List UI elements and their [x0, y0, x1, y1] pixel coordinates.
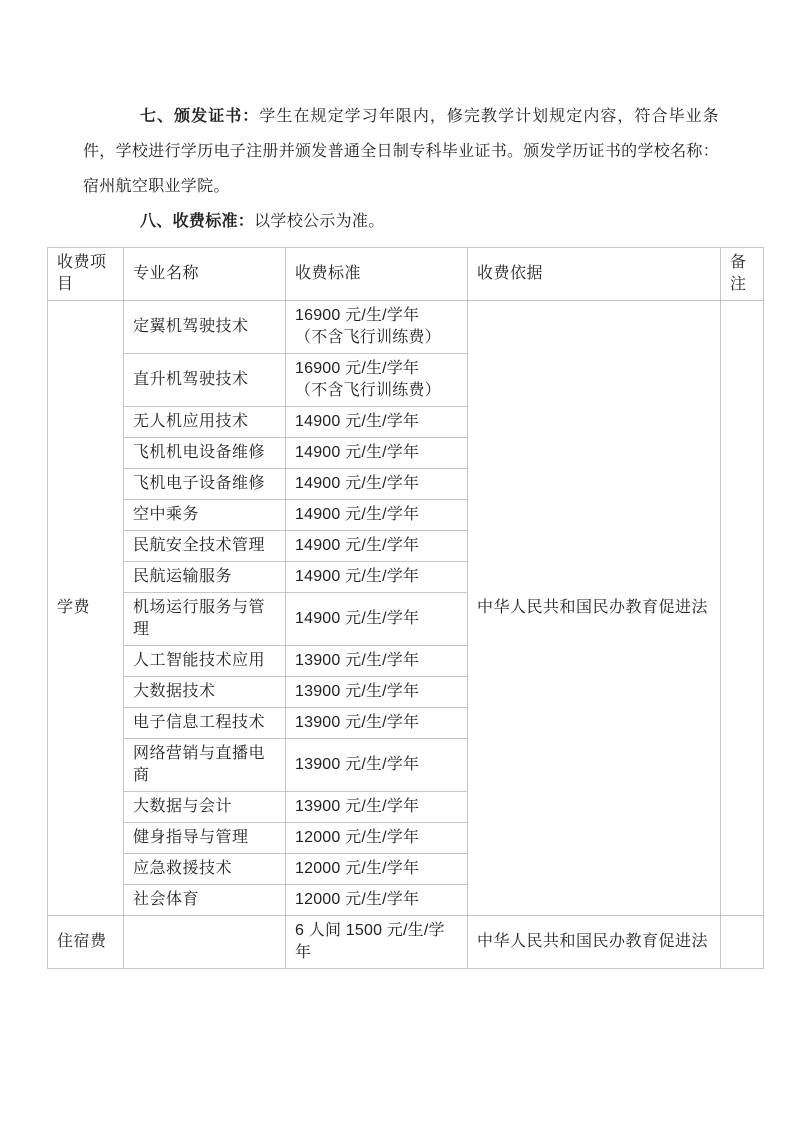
fee-standard-cell: 13900 元/生/学年 — [286, 739, 468, 792]
fee-standard-cell: 14900 元/生/学年 — [286, 593, 468, 646]
col-header-remark: 备注 — [721, 248, 764, 301]
fee-amount: 16900 元/生/学年 — [295, 358, 458, 380]
fee-standard-cell: 14900 元/生/学年 — [286, 500, 468, 531]
fee-amount: 14900 元/生/学年 — [295, 442, 458, 464]
fee-item-tuition: 学费 — [48, 301, 124, 916]
fee-standard-cell: 16900 元/生/学年 （不含飞行训练费） — [286, 354, 468, 407]
section-8-body: 以学校公示为准。 — [254, 213, 384, 230]
fee-amount: 13900 元/生/学年 — [295, 754, 458, 776]
fee-standard-cell: 14900 元/生/学年 — [286, 438, 468, 469]
document-page: 七、颁发证书：学生在规定学习年限内，修完教学计划规定内容，符合毕业条件，学校进行… — [0, 0, 793, 1122]
fee-amount: 14900 元/生/学年 — [295, 566, 458, 588]
major-name-empty — [124, 916, 286, 969]
fee-standard-cell: 14900 元/生/学年 — [286, 469, 468, 500]
major-name: 健身指导与管理 — [124, 823, 286, 854]
fee-amount: 12000 元/生/学年 — [295, 889, 458, 911]
fee-amount: 14900 元/生/学年 — [295, 504, 458, 526]
major-name: 人工智能技术应用 — [124, 646, 286, 677]
section-7-paragraph: 七、颁发证书：学生在规定学习年限内，修完教学计划规定内容，符合毕业条件，学校进行… — [83, 99, 719, 204]
fee-amount: 13900 元/生/学年 — [295, 796, 458, 818]
major-name: 空中乘务 — [124, 500, 286, 531]
fee-amount: 6 人间 1500 元/生/学年 — [295, 920, 458, 964]
intro-text-block: 七、颁发证书：学生在规定学习年限内，修完教学计划规定内容，符合毕业条件，学校进行… — [83, 99, 719, 239]
col-header-item: 收费项目 — [48, 248, 124, 301]
remark-tuition — [721, 301, 764, 916]
section-8-paragraph: 八、收费标准：以学校公示为准。 — [83, 204, 719, 239]
fee-amount: 13900 元/生/学年 — [295, 650, 458, 672]
major-name: 应急救援技术 — [124, 854, 286, 885]
major-name: 飞机机电设备维修 — [124, 438, 286, 469]
fee-standard-cell: 6 人间 1500 元/生/学年 — [286, 916, 468, 969]
fee-standard-cell: 13900 元/生/学年 — [286, 646, 468, 677]
major-name: 大数据技术 — [124, 677, 286, 708]
fee-standard-cell: 13900 元/生/学年 — [286, 792, 468, 823]
fee-amount: 12000 元/生/学年 — [295, 827, 458, 849]
major-name: 直升机驾驶技术 — [124, 354, 286, 407]
fee-amount: 14900 元/生/学年 — [295, 608, 458, 630]
fee-item-accommodation: 住宿费 — [48, 916, 124, 969]
remark-accommodation — [721, 916, 764, 969]
table-row: 学费 定翼机驾驶技术 16900 元/生/学年 （不含飞行训练费） 中华人民共和… — [48, 301, 764, 354]
fee-table: 收费项目 专业名称 收费标准 收费依据 备注 学费 定翼机驾驶技术 16900 … — [47, 247, 764, 969]
fee-amount: 16900 元/生/学年 — [295, 305, 458, 327]
fee-amount: 13900 元/生/学年 — [295, 712, 458, 734]
fee-note: （不含飞行训练费） — [295, 380, 458, 402]
fee-standard-cell: 13900 元/生/学年 — [286, 677, 468, 708]
table-header-row: 收费项目 专业名称 收费标准 收费依据 备注 — [48, 248, 764, 301]
fee-standard-cell: 14900 元/生/学年 — [286, 407, 468, 438]
fee-amount: 12000 元/生/学年 — [295, 858, 458, 880]
fee-amount: 13900 元/生/学年 — [295, 681, 458, 703]
major-name: 定翼机驾驶技术 — [124, 301, 286, 354]
fee-standard-cell: 14900 元/生/学年 — [286, 531, 468, 562]
fee-amount: 14900 元/生/学年 — [295, 535, 458, 557]
major-name: 机场运行服务与管理 — [124, 593, 286, 646]
fee-amount: 14900 元/生/学年 — [295, 411, 458, 433]
major-name: 民航安全技术管理 — [124, 531, 286, 562]
fee-standard-cell: 12000 元/生/学年 — [286, 823, 468, 854]
major-name: 网络营销与直播电商 — [124, 739, 286, 792]
major-name: 社会体育 — [124, 885, 286, 916]
col-header-major: 专业名称 — [124, 248, 286, 301]
major-name: 民航运输服务 — [124, 562, 286, 593]
section-7-heading: 七、颁发证书： — [140, 108, 259, 125]
major-name: 飞机电子设备维修 — [124, 469, 286, 500]
fee-standard-cell: 12000 元/生/学年 — [286, 854, 468, 885]
section-8-heading: 八、收费标准： — [140, 213, 254, 230]
fee-standard-cell: 16900 元/生/学年 （不含飞行训练费） — [286, 301, 468, 354]
major-name: 无人机应用技术 — [124, 407, 286, 438]
fee-basis-tuition: 中华人民共和国民办教育促进法 — [468, 301, 721, 916]
fee-basis-accommodation: 中华人民共和国民办教育促进法 — [468, 916, 721, 969]
major-name: 电子信息工程技术 — [124, 708, 286, 739]
col-header-basis: 收费依据 — [468, 248, 721, 301]
col-header-standard: 收费标准 — [286, 248, 468, 301]
fee-standard-cell: 12000 元/生/学年 — [286, 885, 468, 916]
fee-standard-cell: 13900 元/生/学年 — [286, 708, 468, 739]
fee-note: （不含飞行训练费） — [295, 327, 458, 349]
fee-amount: 14900 元/生/学年 — [295, 473, 458, 495]
fee-standard-cell: 14900 元/生/学年 — [286, 562, 468, 593]
table-row-accommodation: 住宿费 6 人间 1500 元/生/学年 中华人民共和国民办教育促进法 — [48, 916, 764, 969]
major-name: 大数据与会计 — [124, 792, 286, 823]
